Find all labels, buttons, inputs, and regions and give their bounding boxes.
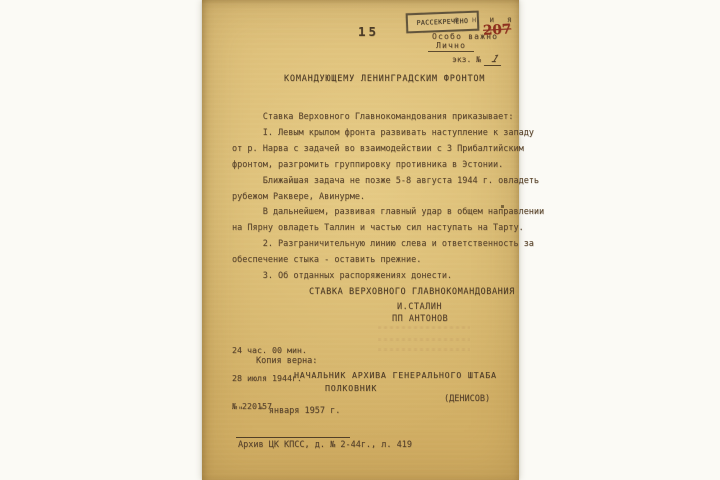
declassified-stamp-label: РАССЕКРЕЧЕНО <box>416 17 468 27</box>
body-line: Ставка Верховного Главнокомандования при… <box>232 110 516 126</box>
certification-label: Копия верна: <box>256 356 317 366</box>
addressee-line: КОМАНДУЮЩЕМУ ЛЕНИНГРАДСКИМ ФРОНТОМ <box>284 74 485 84</box>
certification-date: " " января 1957 г. <box>238 406 340 416</box>
document-scan: 15 е н и я РАССЕКРЕЧЕНО Особо важно 207 … <box>0 0 720 480</box>
paper-sheet: 15 е н и я РАССЕКРЕЧЕНО Особо важно 207 … <box>202 0 519 480</box>
copy-number-label: экз. № <box>452 55 481 64</box>
copy-number-row: экз. № 1 <box>452 55 503 66</box>
body-line: фронтом, разгромить группировку противни… <box>232 158 516 174</box>
body-line: 2. Разграничительную линию слева и ответ… <box>232 237 516 253</box>
signature-organization: СТАВКА ВЕРХОВНОГО ГЛАВНОКОМАНДОВАНИЯ <box>309 287 515 297</box>
archive-overline <box>236 437 350 438</box>
declassified-stamp: РАССЕКРЕЧЕНО <box>406 11 480 34</box>
signature-stalin: И.СТАЛИН <box>397 302 442 312</box>
copy-number-value: 1 <box>484 55 505 66</box>
signature-antonov: ПП АНТОНОВ <box>392 314 448 324</box>
certifier-title: НАЧАЛЬНИК АРХИВА ГЕНЕРАЛЬНОГО ШТАБА <box>294 370 497 380</box>
body-line: В дальнейшем, развивая главный удар в об… <box>232 205 516 221</box>
body-line: обеспечение стыка - оставить прежние. <box>232 253 516 269</box>
classification-lichno-label: Лично <box>428 41 474 52</box>
body-line: на Пярну овладеть Таллин и частью сил на… <box>232 221 516 237</box>
handwritten-number: 207 <box>483 24 512 35</box>
page-number: 15 <box>358 27 379 37</box>
body-line: рубежом Раквере, Авинурме. <box>232 190 516 206</box>
body-line: 3. Об отданных распоряжениях донести. <box>232 269 516 285</box>
body-line: от р. Нарва с задачей во взаимодействии … <box>232 142 516 158</box>
certifier-name: (ДЕНИСОВ) <box>444 394 490 404</box>
order-body: Ставка Верховного Главнокомандования при… <box>232 110 516 285</box>
body-line: I. Левым крылом фронта развивать наступл… <box>232 126 516 142</box>
certifier-rank: ПОЛКОВНИК <box>325 383 377 393</box>
paper-speck <box>501 205 504 208</box>
archive-reference: Архив ЦК КПСС, д. № 2-44г., л. 419 <box>238 440 412 450</box>
ink-bleedthrough <box>378 326 470 368</box>
body-line: Ближайшая задача не позже 5-8 августа 19… <box>232 174 516 190</box>
dispatch-time: 24 час. 00 мин. <box>232 346 307 354</box>
classification-lichno: Лично <box>428 41 474 51</box>
